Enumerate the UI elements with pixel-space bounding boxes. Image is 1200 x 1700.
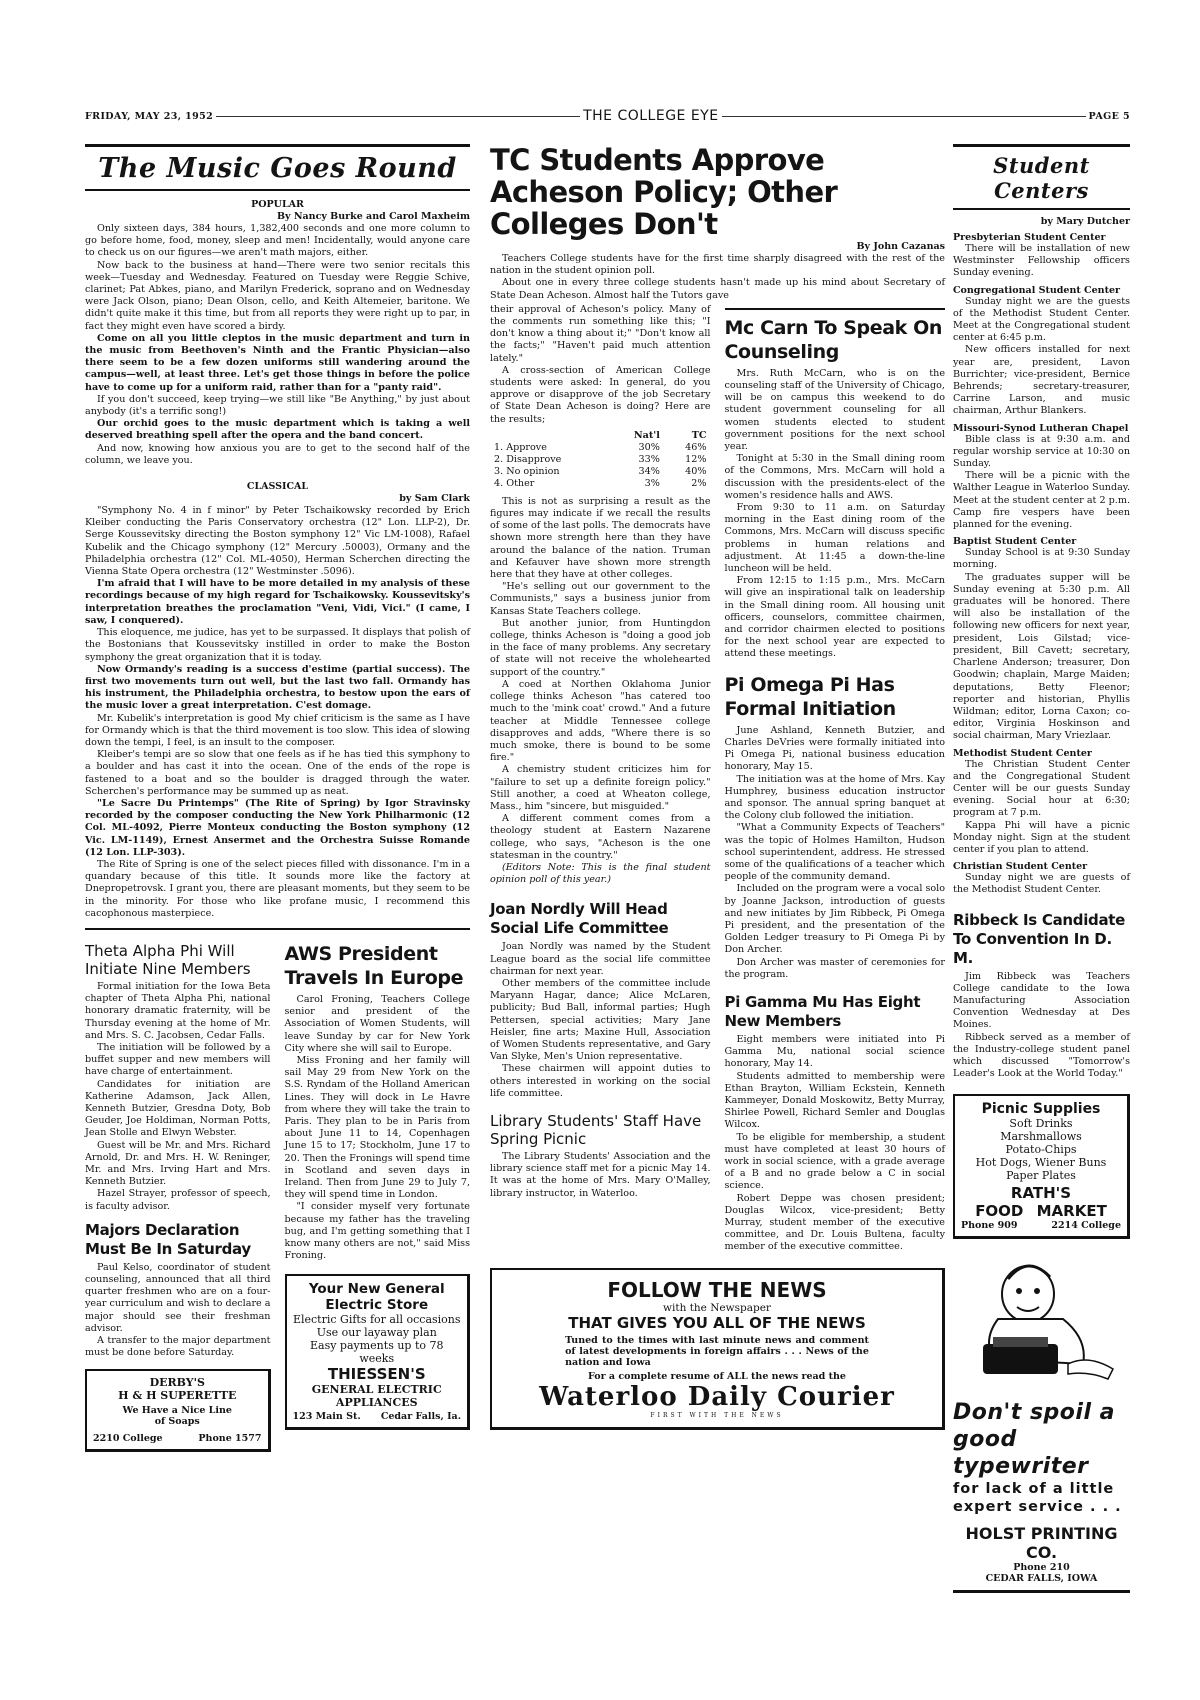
article-paragraph: Only sixteen days, 384 hours, 1,382,400 … bbox=[85, 223, 470, 260]
article-paragraph: "I consider myself very fortunate becaus… bbox=[285, 1201, 471, 1262]
classical-byline: by Sam Clark bbox=[85, 493, 470, 504]
article-paragraph: Teachers College students have for the f… bbox=[490, 253, 945, 277]
poll-cell: 46% bbox=[664, 442, 711, 454]
center-name: Baptist Student Center bbox=[953, 536, 1130, 547]
courier-logo: Waterloo Daily Courier bbox=[500, 1382, 934, 1412]
article-paragraph: Sunday School is at 9:30 Sunday morning. bbox=[953, 547, 1130, 571]
thiessen-ad: Your New General Electric Store Electric… bbox=[285, 1274, 471, 1430]
newspaper-page: FRIDAY, MAY 23, 1952 THE COLLEGE EYE PAG… bbox=[85, 108, 1130, 1684]
article-paragraph: Sunday night we are guests of the Method… bbox=[953, 872, 1130, 896]
masthead: THE COLLEGE EYE bbox=[583, 108, 719, 124]
music-column-title: The Music Goes Round bbox=[85, 144, 470, 191]
article-paragraph: The graduates supper will be Sunday even… bbox=[953, 572, 1130, 743]
ad-line: with the Newspaper bbox=[500, 1302, 934, 1314]
article-paragraph: Hazel Strayer, professor of speech, is f… bbox=[85, 1188, 271, 1212]
ad-item: Soft Drinks bbox=[961, 1117, 1121, 1130]
ad-line: of Soaps bbox=[93, 1416, 262, 1427]
poll-cell: 1. Approve bbox=[490, 442, 610, 454]
poll-cell: 3% bbox=[610, 478, 664, 490]
library-headline: Library Students' Staff Have Spring Picn… bbox=[490, 1112, 711, 1148]
mccarn-headline: Mc Carn To Speak On Counseling bbox=[725, 316, 946, 364]
majors-headline: Majors Declaration Must Be In Saturday bbox=[85, 1221, 271, 1259]
acheson-headline: TC Students Approve Acheson Policy; Othe… bbox=[490, 144, 945, 240]
poll-cell: 40% bbox=[664, 466, 711, 478]
nordly-headline: Joan Nordly Will Head Social Life Commit… bbox=[490, 900, 711, 938]
ad-phone: Phone 1577 bbox=[198, 1433, 261, 1444]
article-paragraph: The initiation was at the home of Mrs. K… bbox=[725, 774, 946, 823]
article-paragraph: "Symphony No. 4 in f minor" by Peter Tsc… bbox=[85, 505, 470, 578]
article-paragraph: Come on all you little cleptos in the mu… bbox=[85, 333, 470, 394]
editors-note: (Editors Note: This is the final student… bbox=[490, 862, 711, 886]
article-paragraph: I'm afraid that I will have to be more d… bbox=[85, 578, 470, 627]
article-paragraph: their approval of Acheson's policy. Many… bbox=[490, 304, 711, 365]
center-name: Methodist Student Center bbox=[953, 748, 1130, 759]
ad-line: Tuned to the times with last minute news… bbox=[565, 1335, 869, 1368]
table-row: 3. No opinion34%40% bbox=[490, 466, 711, 478]
ad-title: Your New General Electric Store bbox=[293, 1281, 462, 1313]
aws-article: AWS President Travels In Europe Carol Fr… bbox=[285, 936, 471, 1452]
article-paragraph: But another junior, from Huntingdon coll… bbox=[490, 618, 711, 679]
article-paragraph: There will be installation of new Westmi… bbox=[953, 243, 1130, 280]
article-paragraph: These chairmen will appoint duties to ot… bbox=[490, 1063, 711, 1100]
article-paragraph: The Rite of Spring is one of the select … bbox=[85, 859, 470, 920]
table-row: 1. Approve30%46% bbox=[490, 442, 711, 454]
ad-address: 2210 College bbox=[93, 1433, 163, 1444]
article-paragraph: New officers installed for next year are… bbox=[953, 344, 1130, 417]
ad-line: Electric Gifts for all occasions bbox=[293, 1313, 462, 1326]
ad-item: Marshmallows bbox=[961, 1130, 1121, 1143]
aws-headline: AWS President Travels In Europe bbox=[285, 942, 471, 990]
article-paragraph: June Ashland, Kenneth Butzier, and Charl… bbox=[725, 725, 946, 774]
ad-address: 2214 College bbox=[1051, 1220, 1121, 1231]
poll-cell: 30% bbox=[610, 442, 664, 454]
article-paragraph: Guest will be Mr. and Mrs. Richard Arnol… bbox=[85, 1140, 271, 1189]
article-paragraph: Now back to the business at hand—There w… bbox=[85, 260, 470, 333]
article-paragraph: Bible class is at 9:30 a.m. and regular … bbox=[953, 434, 1130, 471]
ad-title: Picnic Supplies bbox=[961, 1101, 1121, 1117]
article-paragraph: If you don't succeed, keep trying—we sti… bbox=[85, 394, 470, 418]
article-paragraph: To be eligible for membership, a student… bbox=[725, 1132, 946, 1193]
column-right: Student Centers by Mary Dutcher Presbyte… bbox=[953, 144, 1130, 1593]
ad-line: Don't spoil a bbox=[953, 1399, 1130, 1426]
poll-header: Nat'l bbox=[610, 429, 664, 442]
ad-name: RATH'S bbox=[961, 1184, 1121, 1202]
page-number: PAGE 5 bbox=[1089, 111, 1131, 122]
piomega-headline: Pi Omega Pi Has Formal Initiation bbox=[725, 673, 946, 721]
article-paragraph: Students admitted to membership were Eth… bbox=[725, 1071, 946, 1132]
article-paragraph: Jim Ribbeck was Teachers College candida… bbox=[953, 971, 1130, 1032]
derby-ad: DERBY'S H & H SUPERETTE We Have a Nice L… bbox=[85, 1369, 271, 1452]
article-paragraph: Kappa Phi will have a picnic Monday nigh… bbox=[953, 820, 1130, 857]
folio-line: FRIDAY, MAY 23, 1952 THE COLLEGE EYE PAG… bbox=[85, 108, 1130, 124]
center-name: Presbyterian Student Center bbox=[953, 232, 1130, 243]
poll-cell: 2. Disapprove bbox=[490, 454, 610, 466]
article-paragraph: A cross-section of American College stud… bbox=[490, 365, 711, 426]
ribbeck-headline: Ribbeck Is Candidate To Convention In D.… bbox=[953, 911, 1130, 968]
ad-line: DERBY'S bbox=[93, 1376, 262, 1389]
classical-heading: CLASSICAL bbox=[85, 481, 470, 492]
column-middle: TC Students Approve Acheson Policy; Othe… bbox=[490, 144, 945, 1430]
ad-item: Hot Dogs, Wiener Buns bbox=[961, 1156, 1121, 1169]
poll-cell: 3. No opinion bbox=[490, 466, 610, 478]
poll-table: Nat'lTC 1. Approve30%46% 2. Disapprove33… bbox=[490, 429, 711, 490]
article-paragraph: The initiation will be followed by a buf… bbox=[85, 1042, 271, 1079]
article-paragraph: Kleiber's tempi are so slow that one fee… bbox=[85, 749, 470, 798]
ad-name: FOOD MARKET bbox=[961, 1202, 1121, 1220]
article-paragraph: Carol Froning, Teachers College senior a… bbox=[285, 994, 471, 1055]
ad-line: for lack of a little bbox=[953, 1480, 1130, 1498]
poll-cell: 33% bbox=[610, 454, 664, 466]
article-paragraph: The Christian Student Center and the Con… bbox=[953, 759, 1130, 820]
acheson-body: their approval of Acheson's policy. Many… bbox=[490, 304, 711, 1254]
ad-address: 123 Main St. bbox=[293, 1411, 361, 1422]
centers-title: Student Centers bbox=[953, 144, 1130, 210]
article-paragraph: Now Ormandy's reading is a success d'est… bbox=[85, 664, 470, 713]
article-paragraph: Don Archer was master of ceremonies for … bbox=[725, 957, 946, 981]
ad-phone: Phone 210 bbox=[953, 1562, 1130, 1573]
courier-ad: FOLLOW THE NEWS with the Newspaper THAT … bbox=[490, 1268, 945, 1430]
ad-line: GENERAL ELECTRIC APPLIANCES bbox=[293, 1383, 462, 1409]
issue-date: FRIDAY, MAY 23, 1952 bbox=[85, 111, 213, 122]
ad-line: For a complete resume of ALL the news re… bbox=[500, 1371, 934, 1382]
theta-headline: Theta Alpha Phi Will Initiate Nine Membe… bbox=[85, 942, 271, 978]
article-paragraph: Included on the program were a vocal sol… bbox=[725, 883, 946, 956]
article-paragraph: Mr. Kubelik's interpretation is good My … bbox=[85, 713, 470, 750]
holst-ad: Don't spoil a good typewriter for lack o… bbox=[953, 1399, 1130, 1593]
centers-byline: by Mary Dutcher bbox=[953, 216, 1130, 227]
ad-item: Paper Plates bbox=[961, 1169, 1121, 1182]
table-row: 4. Other3%2% bbox=[490, 478, 711, 490]
poll-cell: 4. Other bbox=[490, 478, 610, 490]
article-paragraph: A transfer to the major department must … bbox=[85, 1335, 271, 1359]
column-left: The Music Goes Round POPULAR By Nancy Bu… bbox=[85, 144, 470, 1452]
article-paragraph: A coed at Northen Oklahoma Junior colleg… bbox=[490, 679, 711, 764]
popular-byline: By Nancy Burke and Carol Maxheim bbox=[85, 211, 470, 222]
ad-name: THIESSEN'S bbox=[293, 1365, 462, 1383]
ad-line: Use our layaway plan bbox=[293, 1326, 462, 1339]
ad-line: THAT GIVES YOU ALL OF THE NEWS bbox=[500, 1314, 934, 1332]
article-paragraph: Mrs. Ruth McCarn, who is on the counseli… bbox=[725, 368, 946, 453]
article-paragraph: This eloquence, me judice, has yet to be… bbox=[85, 627, 470, 664]
ad-item: Potato-Chips bbox=[961, 1143, 1121, 1156]
popular-heading: POPULAR bbox=[85, 199, 470, 210]
article-paragraph: And now, knowing how anxious you are to … bbox=[85, 443, 470, 467]
article-paragraph: A chemistry student criticizes him for "… bbox=[490, 764, 711, 813]
raths-ad: Picnic Supplies Soft Drinks Marshmallows… bbox=[953, 1094, 1130, 1239]
center-name: Christian Student Center bbox=[953, 861, 1130, 872]
article-paragraph: About one in every three college student… bbox=[490, 277, 945, 301]
poll-cell: 34% bbox=[610, 466, 664, 478]
article-paragraph: "What a Community Expects of Teachers" w… bbox=[725, 822, 946, 883]
article-paragraph: Tonight at 5:30 in the Small dining room… bbox=[725, 453, 946, 502]
article-paragraph: The Library Students' Association and th… bbox=[490, 1151, 711, 1200]
article-paragraph: There will be a picnic with the Walther … bbox=[953, 470, 1130, 531]
article-paragraph: "He's selling out our government to the … bbox=[490, 581, 711, 618]
ad-line: expert service . . . bbox=[953, 1498, 1130, 1516]
article-paragraph: Our orchid goes to the music department … bbox=[85, 418, 470, 442]
middle-right-subcolumn: Mc Carn To Speak On Counseling Mrs. Ruth… bbox=[725, 304, 946, 1254]
center-name: Missouri-Synod Lutheran Chapel bbox=[953, 423, 1130, 434]
article-paragraph: Formal initiation for the Iowa Beta chap… bbox=[85, 981, 271, 1042]
acheson-byline: By John Cazanas bbox=[490, 241, 945, 252]
courier-tagline: FIRST WITH THE NEWS bbox=[500, 1412, 934, 1419]
article-paragraph: Sunday night we are the guests of the Me… bbox=[953, 296, 1130, 345]
article-paragraph: From 9:30 to 11 a.m. on Saturday morning… bbox=[725, 502, 946, 575]
article-paragraph: Ribbeck served as a member of the Indust… bbox=[953, 1032, 1130, 1081]
article-paragraph: Eight members were initiated into Pi Gam… bbox=[725, 1034, 946, 1071]
theta-article: Theta Alpha Phi Will Initiate Nine Membe… bbox=[85, 936, 271, 1452]
ad-company: HOLST PRINTING CO. bbox=[953, 1524, 1130, 1562]
ad-line: We Have a Nice Line bbox=[93, 1405, 262, 1416]
ad-title: FOLLOW THE NEWS bbox=[500, 1278, 934, 1302]
article-paragraph: Miss Froning and her family will sail Ma… bbox=[285, 1055, 471, 1201]
article-paragraph: A different comment comes from a theolog… bbox=[490, 813, 711, 862]
article-paragraph: Paul Kelso, coordinator of student couns… bbox=[85, 1262, 271, 1335]
ad-phone: Phone 909 bbox=[961, 1220, 1017, 1231]
ad-line: good typewriter bbox=[953, 1426, 1130, 1480]
poll-header: TC bbox=[664, 429, 711, 442]
article-paragraph: Robert Deppe was chosen president; Dougl… bbox=[725, 1193, 946, 1254]
article-paragraph: Candidates for initiation are Katherine … bbox=[85, 1079, 271, 1140]
center-name: Congregational Student Center bbox=[953, 285, 1130, 296]
article-paragraph: Joan Nordly was named by the Student Lea… bbox=[490, 941, 711, 978]
typewriter-cartoon-illustration bbox=[953, 1249, 1130, 1389]
poll-cell: 2% bbox=[664, 478, 711, 490]
ad-line: H & H SUPERETTE bbox=[93, 1389, 262, 1402]
article-paragraph: "Le Sacre Du Printemps" (The Rite of Spr… bbox=[85, 798, 470, 859]
ad-city: Cedar Falls, Ia. bbox=[381, 1411, 461, 1422]
ad-city: CEDAR FALLS, IOWA bbox=[953, 1573, 1130, 1584]
article-paragraph: Other members of the committee include M… bbox=[490, 978, 711, 1063]
poll-cell: 12% bbox=[664, 454, 711, 466]
article-paragraph: This is not as surprising a result as th… bbox=[490, 496, 711, 581]
ad-line: Easy payments up to 78 weeks bbox=[293, 1339, 462, 1365]
table-row: 2. Disapprove33%12% bbox=[490, 454, 711, 466]
article-paragraph: From 12:15 to 1:15 p.m., Mrs. McCarn wil… bbox=[725, 575, 946, 660]
pigamma-headline: Pi Gamma Mu Has Eight New Members bbox=[725, 993, 946, 1031]
